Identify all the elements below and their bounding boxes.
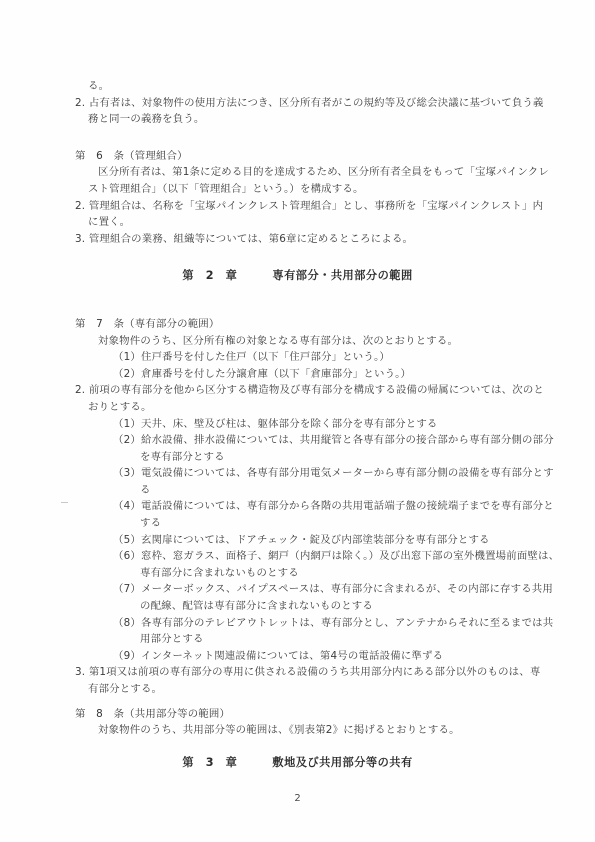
text-line: を専有部分とする [75,449,532,466]
text-line: 2. 前項の専有部分を他から区分する構造物及び専有部分を構成する設備の帰属につい… [75,382,532,399]
article-heading: 第 7 条（専有部分の範囲） [75,316,532,333]
text-line: 3. 第1項又は前項の専有部分の専用に供される設備のうち共用部分内にある部分以外… [75,664,532,681]
text-line: る。 [75,78,532,95]
text-line: （4）電話設備については、専有部分から各階の共用電話端子盤の接続端子までを専有部… [75,498,532,515]
text-line: 用部分とする [75,631,532,648]
text-line: （5）玄関扉については、ドアチェック・錠及び内部塗装部分を専有部分とする [75,532,532,549]
text-line: （3）電気設備については、各専有部分用電気メーターから専有部分側の設備を専有部分… [75,465,532,482]
text-line: 対象物件のうち、区分所有権の対象となる専有部分は、次のとおりとする。 [75,333,532,350]
text-line: 対象物件のうち、共用部分等の範囲は、《別表第2》に掲げるとおりとする。 [75,722,532,739]
text-line: （8）各専有部分のテレビアウトレットは、専有部分とし、アンテナからそれに至るまで… [75,615,532,632]
text-line: （1）天井、床、壁及び柱は、躯体部分を除く部分を専有部分とする [75,416,532,433]
text-line: る [75,482,532,499]
text-line: （7）メーターボックス、パイプスペースは、専有部分に含まれるが、その内部に存する… [75,581,532,598]
text-line: （1）住戸番号を付した住戸（以下「住戸部分」という。） [75,349,532,366]
text-line: 2. 占有者は、対象物件の使用方法につき、区分所有者がこの規約等及び総会決議に基… [75,95,532,112]
text-line: （2）給水設備、排水設備については、共用縦管と各専有部分の接合部から専有部分側の… [75,432,532,449]
scanned-document-page: る。2. 占有者は、対象物件の使用方法につき、区分所有者がこの規約等及び総会決議… [0,0,595,842]
text-line: に置く。 [75,214,532,231]
text-line: （6）窓枠、窓ガラス、面格子、網戸（内網戸は除く。）及び出窓下部の室外機置場前面… [75,548,532,565]
chapter-heading: 第 2 章 専有部分・共用部分の範囲 [0,268,595,285]
text-line: 3. 管理組合の業務、組織等については、第6章に定めるところによる。 [75,231,532,248]
text-line: 務と同一の義務を負う。 [75,111,532,128]
text-line: 有部分とする。 [75,681,532,698]
chapter-heading: 第 3 章 敷地及び共用部分等の共有 [0,755,595,772]
article-heading: 第 8 条（共用部分等の範囲） [75,706,532,723]
text-line: 2. 管理組合は、名称を「宝塚パインクレスト管理組合」とし、事務所を「宝塚パイン… [75,198,532,215]
scan-artifact-mark [61,496,68,503]
text-line: おりとする。 [75,399,532,416]
text-line: 専有部分に含まれないものとする [75,565,532,582]
text-line: スト管理組合」（以下「管理組合」という。）を構成する。 [75,181,532,198]
page-number: 2 [0,793,595,804]
text-line: する [75,515,532,532]
text-line: の配線、配管は専有部分に含まれないものとする [75,598,532,615]
text-line: 区分所有者は、第1条に定める目的を達成するため、区分所有者全員をもって「宝塚パイ… [75,164,532,181]
document-lines: る。2. 占有者は、対象物件の使用方法につき、区分所有者がこの規約等及び総会決議… [75,78,532,771]
article-heading: 第 6 条（管理組合） [75,148,532,165]
text-line: （2）倉庫番号を付した分譲倉庫（以下「倉庫部分」という。） [75,366,532,383]
text-line: （9）インターネット関連設備については、第4号の電話設備に準ずる [75,648,532,665]
